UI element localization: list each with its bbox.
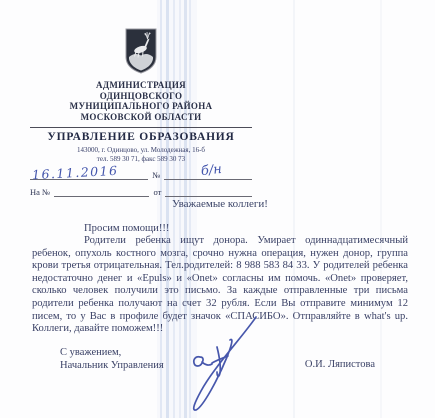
signer-title: Начальник Управления xyxy=(60,359,164,372)
org-line: МУНИЦИПАЛЬНОГО РАЙОНА xyxy=(30,101,252,112)
reference-from-blank-line xyxy=(165,183,252,197)
closing-line: С уважением, xyxy=(60,346,164,359)
date-number-line: 16.11.2016 № б/н xyxy=(30,165,252,180)
letter-paragraph: Родители ребенка ищут донора. Умирает од… xyxy=(32,235,408,336)
plea-line: Просим помощи!!! xyxy=(32,223,408,234)
signature-closing: С уважением, Начальник Управления xyxy=(60,346,164,372)
letterhead: АДМИНИСТРАЦИЯ ОДИНЦОВСКОГО МУНИЦИПАЛЬНОГ… xyxy=(30,28,252,197)
reference-line: На № от xyxy=(30,182,252,197)
address-line: тел. 589 30 71, факс 589 30 73 xyxy=(30,155,252,164)
organization-name: АДМИНИСТРАЦИЯ ОДИНЦОВСКОГО МУНИЦИПАЛЬНОГ… xyxy=(30,80,252,122)
coat-of-arms-deer-icon xyxy=(124,28,158,74)
reference-blank-line xyxy=(54,183,149,197)
letter-body: Уважаемые коллеги! Просим помощи!!! Роди… xyxy=(32,198,408,336)
salutation: Уважаемые коллеги! xyxy=(32,198,408,210)
handwritten-number: б/н xyxy=(200,162,222,179)
scanned-letter-page: АДМИНИСТРАЦИЯ ОДИНЦОВСКОГО МУНИЦИПАЛЬНОГ… xyxy=(0,0,435,418)
signer-name: О.И. Ляпистова xyxy=(305,346,375,372)
number-label: № xyxy=(152,170,160,180)
org-line: МОСКОВСКОЙ ОБЛАСТИ xyxy=(30,112,252,123)
number-blank-line: б/н xyxy=(164,166,252,180)
date-blank-line: 16.11.2016 xyxy=(30,166,148,180)
letterhead-divider xyxy=(30,127,252,128)
handwritten-date: 16.11.2016 xyxy=(32,163,119,183)
address-line: 143000, г. Одинцово, ул. Молодежная, 16-… xyxy=(30,146,252,155)
letterhead-address: 143000, г. Одинцово, ул. Молодежная, 16-… xyxy=(30,146,252,163)
reference-from-label: от xyxy=(153,187,161,197)
org-line: ОДИНЦОВСКОГО xyxy=(30,91,252,102)
department-title: УПРАВЛЕНИЕ ОБРАЗОВАНИЯ xyxy=(30,131,252,143)
org-line: АДМИНИСТРАЦИЯ xyxy=(30,80,252,91)
reference-label: На № xyxy=(30,187,50,197)
signature-block: С уважением, Начальник Управления О.И. Л… xyxy=(60,346,375,372)
